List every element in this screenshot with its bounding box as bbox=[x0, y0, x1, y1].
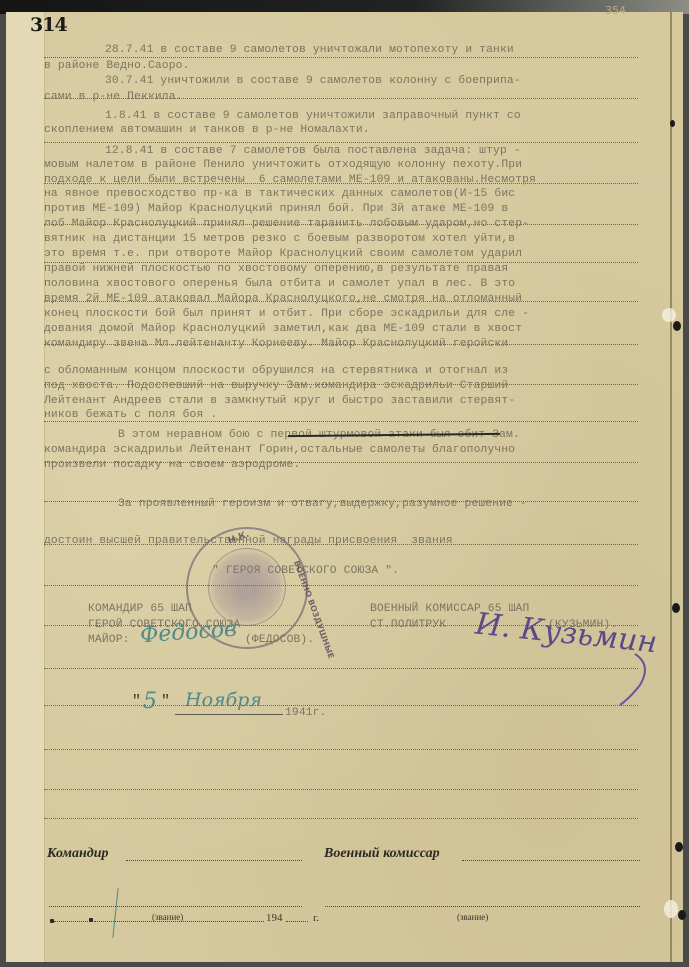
ruled-line bbox=[44, 421, 638, 422]
report-line: против МЕ-109) Майор Краснолуцкий принял… bbox=[44, 203, 508, 215]
ruled-line bbox=[44, 789, 638, 790]
report-line: произвели посадку на своем аэродроме. bbox=[44, 459, 300, 471]
report-line: под хвоста. Подоспевший на выручку Зам.к… bbox=[44, 380, 508, 392]
ruled-line bbox=[44, 749, 638, 750]
commissar-rank: СТ.ПОЛИТРУК bbox=[370, 619, 446, 631]
date-year-prefix: 194 bbox=[266, 912, 283, 924]
date-year: 1941г. bbox=[285, 707, 327, 719]
commissar-label: Военный комиссар bbox=[324, 846, 440, 862]
report-line: правой нижней плоскостью по хвостовому о… bbox=[44, 263, 508, 275]
report-line: с обломанным концом плоскости обрушился … bbox=[44, 365, 508, 377]
commander-label: Командир bbox=[47, 846, 109, 862]
report-line: ников бежать с поля боя . bbox=[44, 409, 217, 421]
report-line: мовым налетом в районе Пенило уничтожить… bbox=[44, 159, 522, 171]
commissar-rank-hint: (звание) bbox=[457, 912, 488, 922]
ruled-line bbox=[44, 668, 638, 669]
punch-hole bbox=[678, 910, 686, 920]
date-year-field[interactable] bbox=[286, 921, 308, 922]
ruled-line bbox=[44, 585, 638, 586]
punch-hole bbox=[670, 120, 675, 127]
report-line: на явное превосходство пр-ка в тактическ… bbox=[44, 188, 515, 200]
commander-rank: МАЙОР: bbox=[88, 634, 130, 646]
report-line: вятник на дистанции 15 метров резко с бо… bbox=[44, 233, 515, 245]
report-line: командиру звена Мл.лейтенанту Корнееву. … bbox=[44, 338, 508, 350]
punch-hole bbox=[673, 321, 681, 331]
commissar-rank-field[interactable] bbox=[325, 906, 640, 907]
ruled-line bbox=[44, 57, 638, 58]
report-line: 30.7.41 уничтожили в составе 9 самолетов… bbox=[105, 75, 521, 87]
report-line: лоб Майор Краснолуцкий принял решение та… bbox=[44, 218, 529, 230]
bullet-dot bbox=[89, 918, 93, 922]
report-line: Лейтенант Андреев стали в замкнутый круг… bbox=[44, 395, 515, 407]
binding-margin bbox=[6, 12, 45, 962]
report-line: скоплением автомашин и танков в р-не Ном… bbox=[44, 124, 370, 136]
archive-corner-mark: 354 bbox=[605, 4, 626, 17]
report-line: 1.8.41 в составе 9 самолетов уничтожили … bbox=[105, 110, 521, 122]
report-line: в районе Ведно.Саоро. bbox=[44, 60, 190, 72]
commander-rank-field[interactable] bbox=[49, 906, 302, 907]
date-open-quote: " bbox=[132, 693, 141, 710]
report-line: половина хвостового оперенья была отбита… bbox=[44, 278, 515, 290]
date-underline bbox=[175, 714, 283, 715]
punch-hole bbox=[675, 842, 683, 852]
punch-hole bbox=[672, 603, 680, 613]
ruled-line bbox=[44, 818, 638, 819]
paper-tear bbox=[662, 308, 676, 322]
commissar-signature-field[interactable] bbox=[462, 860, 640, 861]
date-month-field[interactable] bbox=[94, 921, 264, 922]
report-line: 28.7.41 в составе 9 самолетов уничтожали… bbox=[105, 44, 514, 56]
report-line: дования домой Майор Краснолуцкий заметил… bbox=[44, 323, 522, 335]
paper-tear bbox=[664, 900, 678, 918]
report-line: конец плоскости бой был принят и отбит. … bbox=[44, 308, 529, 320]
report-line: сами в р-не Пеккила. bbox=[44, 91, 183, 103]
report-line: 12.8.41 в составе 7 самолетов была поста… bbox=[105, 145, 521, 157]
date-year-suffix: г. bbox=[313, 912, 319, 924]
ruled-line bbox=[44, 142, 638, 143]
date-day: 5 bbox=[143, 689, 157, 714]
commander-signature-field[interactable] bbox=[126, 860, 302, 861]
commander-title: КОМАНДИР 65 ШАП bbox=[88, 603, 192, 615]
report-line: командира эскадрильи Лейтенант Горин,ост… bbox=[44, 444, 515, 456]
conclusion-line-1: За проявленный героизм и отвагу,выдержку… bbox=[118, 498, 527, 510]
date-day-field[interactable] bbox=[54, 921, 88, 922]
report-line: подходе к цели были встречены 6 самолета… bbox=[44, 174, 536, 186]
signature-flourish bbox=[600, 650, 660, 710]
date-month: Ноября bbox=[185, 689, 262, 711]
page-right-edge bbox=[670, 12, 672, 962]
date-close-quote: " bbox=[161, 693, 170, 710]
report-line: это время т.е. при отвороте Майор Красно… bbox=[44, 248, 522, 260]
report-line: время 2й МЕ-109 атаковал Майора Краснолу… bbox=[44, 293, 522, 305]
stamp-emblem bbox=[208, 548, 286, 626]
commander-name: (ФЕДОСОВ). bbox=[245, 634, 314, 646]
page-number: 314 bbox=[30, 14, 67, 36]
